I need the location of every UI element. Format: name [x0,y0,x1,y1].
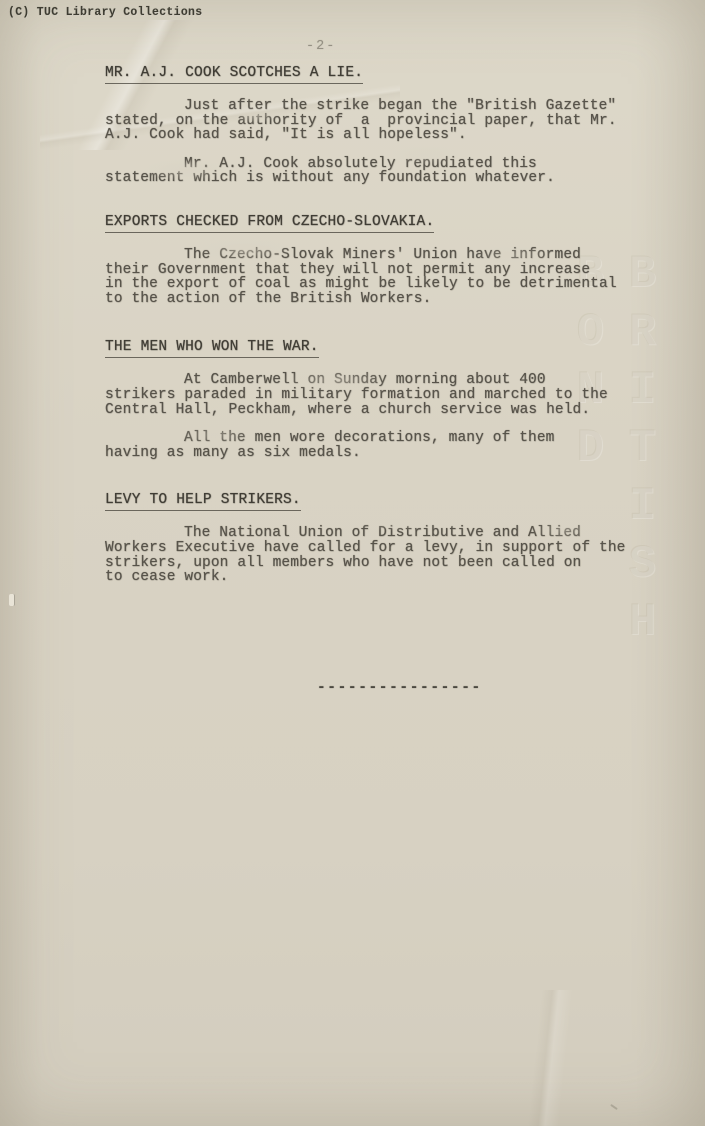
section-heading: LEVY TO HELP STRIKERS. [105,493,640,511]
section-levy-to-help-strikers: LEVY TO HELP STRIKERS. The National Unio… [105,493,640,584]
paragraph-line: A.J. Cook had said, "It is all hopeless"… [105,128,640,143]
section-heading: THE MEN WHO WON THE WAR. [105,340,640,358]
paragraph-line: stated, on the authority of a provincial… [105,114,640,129]
section-heading: MR. A.J. COOK SCOTCHES A LIE. [105,66,640,84]
paragraph-line: The National Union of Distributive and A… [105,526,640,541]
typed-content: MR. A.J. COOK SCOTCHES A LIE. Just after… [105,66,640,602]
section-heading: EXPORTS CHECKED FROM CZECHO-SLOVAKIA. [105,215,640,233]
paragraph: Just after the strike began the "British… [105,99,640,143]
paragraph: The Czecho-Slovak Miners' Union have inf… [105,248,640,306]
copyright-stamp: (C) TUC Library Collections [8,6,202,19]
paragraph-line: to the action of the British Workers. [105,292,640,307]
paragraph-line: strikers paraded in military formation a… [105,388,640,403]
paper-crease [380,990,705,1126]
paragraph-line: The Czecho-Slovak Miners' Union have inf… [105,248,640,263]
scanned-document-page: BRITISH BOND (C) TUC Library Collections… [0,0,705,1126]
paragraph-line: Central Hall, Peckham, where a church se… [105,403,640,418]
paragraph: All the men wore decorations, many of th… [105,431,640,460]
typed-dashed-rule: ---------------- [317,680,482,696]
paragraph-line: in the export of coal as might be likely… [105,277,640,292]
section-exports-checked: EXPORTS CHECKED FROM CZECHO-SLOVAKIA. Th… [105,215,640,306]
paragraph-line: statement which is without any foundatio… [105,171,640,186]
paragraph-line: having as many as six medals. [105,446,640,461]
paper-speck [9,594,15,606]
paragraph-line: to cease work. [105,570,640,585]
paragraph-line: All the men wore decorations, many of th… [105,431,640,446]
paragraph-line: At Camberwell on Sunday morning about 40… [105,373,640,388]
section-cook-scotches-a-lie: MR. A.J. COOK SCOTCHES A LIE. Just after… [105,66,640,186]
paragraph: The National Union of Distributive and A… [105,526,640,584]
paragraph-line: Workers Executive have called for a levy… [105,541,640,556]
paragraph-line: strikers, upon all members who have not … [105,556,640,571]
paragraph: At Camberwell on Sunday morning about 40… [105,373,640,417]
page-number: -2- [306,39,336,54]
paragraph-line: Just after the strike began the "British… [105,99,640,114]
paragraph-line: their Government that they will not perm… [105,263,640,278]
paper-smudge [610,1104,618,1110]
section-men-who-won-the-war: THE MEN WHO WON THE WAR. At Camberwell o… [105,340,640,460]
paragraph: Mr. A.J. Cook absolutely repudiated this… [105,157,640,186]
